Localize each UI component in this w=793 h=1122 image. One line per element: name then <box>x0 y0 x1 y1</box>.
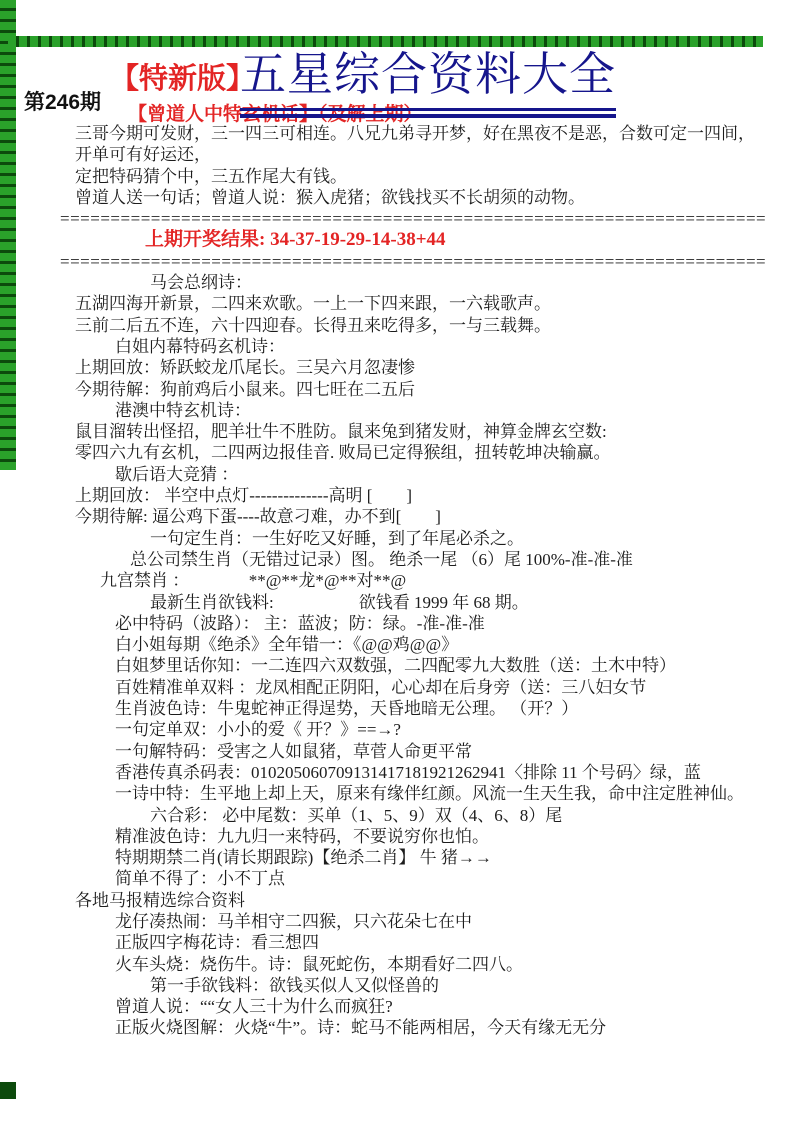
edition-tag: 【特新版】 <box>110 56 255 97</box>
text-line: 生肖波色诗：牛鬼蛇神正得逞势，天昏地暗无公理。 （开？） <box>0 698 793 719</box>
text-line: 总公司禁生肖（无错过记录）图。 绝杀一尾 （6）尾 100%-准-准-准 <box>0 549 793 570</box>
text-line: 五湖四海开新景，二四来欢歌。一上一下四来跟，一六载歌声。 <box>0 293 793 314</box>
separator-line: ========================================… <box>0 208 793 229</box>
text-line: 一句定单双：小小的爱《 开？》==→? <box>0 719 793 740</box>
text-line: 正版火烧图解：火烧“牛”。诗：蛇马不能两相居，今天有缘无无分 <box>0 1017 793 1038</box>
text-line: 正版四字梅花诗：看三想四 <box>0 932 793 953</box>
text-line: 香港传真杀码表：010205060709131417181921262941〈排… <box>0 762 793 783</box>
issue-number: 第246期 <box>24 86 101 116</box>
text-line: 歇后语大竞猜 ： <box>0 464 793 485</box>
text-line: 白姐内幕特码玄机诗： <box>0 336 793 357</box>
text-line: 鼠目溜转出怪招，肥羊壮牛不胜防。鼠来兔到猪发财，神算金牌玄空数: <box>0 421 793 442</box>
text-line: 三前二后五不连，六十四迎春。长得丑来吃得多，一与三载舞。 <box>0 315 793 336</box>
text-line: 六合彩： 必中尾数：买单（1、5、9）双（4、6、8）尾 <box>0 805 793 826</box>
text-line: 特期期禁二肖(请长期跟踪)【绝杀二肖】 牛 猪→→ <box>0 847 793 868</box>
text-line: 上期回放：矫跃蛟龙爪尾长。三吴六月忽凄惨 <box>0 357 793 378</box>
text-line: 第一手欲钱料：欲钱买似人又似怪兽的 <box>0 975 793 996</box>
text-line: 曾道人说：““女人三十为什么而疯狂? <box>0 996 793 1017</box>
text-line: 最新生肖欲钱料: 欲钱看 1999 年 68 期。 <box>0 592 793 613</box>
text-line: 精准波色诗：九九归一来特码，不要说穷你也怕。 <box>0 826 793 847</box>
text-line: 龙仔凑热闹：马羊相守二四猴，只六花朵七在中 <box>0 911 793 932</box>
text-line: 九宫禁肖 ： **@**龙*@**对**@ <box>0 570 793 591</box>
page-title: 五星综合资料大全 <box>240 38 616 118</box>
text-line: 今期待解：狗前鸡后小鼠来。四七旺在二五后 <box>0 379 793 400</box>
text-line: 港澳中特玄机诗： <box>0 400 793 421</box>
text-line: 曾道人送一句话；曾道人说：猴入虎猪；欲钱找买不长胡须的动物。 <box>0 187 793 208</box>
text-line: 必中特码（波路）： 主：蓝波；防：绿。-准-准-准 <box>0 613 793 634</box>
text-line: 马会总纲诗： <box>0 272 793 293</box>
text-line: 白姐梦里话你知：一二连四六双数强，二四配零九大数胜（送：土木中特） <box>0 655 793 676</box>
separator-line: ========================================… <box>0 251 793 272</box>
text-line: 简单不得了：小不丁点 <box>0 868 793 889</box>
page-title-text: 五星综合资料大全 <box>240 38 616 111</box>
text-line: 定把特码猜个中，三五作尾大有钱。 <box>0 166 793 187</box>
text-line: 各地马报精选综合资料 <box>0 890 793 911</box>
text-line: 三哥今期可发财，三一四三可相连。八兄九弟寻开梦，好在黑夜不是恶，合数可定一四间， <box>0 123 793 144</box>
text-line: 火车头烧：烧伤牛。诗：鼠死蛇伤，本期看好二四八。 <box>0 954 793 975</box>
bottom-left-border-decoration <box>0 1082 16 1099</box>
result-line: 上期开奖结果: 34-37-19-29-14-38+44 <box>0 229 793 250</box>
text-line: 今期待解: 逼公鸡下蛋----故意刁难，办不到[ ] <box>0 506 793 527</box>
text-line: 一诗中特：生平地上却上天，原来有缘伴红颜。风流一生天生我，命中注定胜神仙。 <box>0 783 793 804</box>
text-line: 零四六九有玄机，二四两边报佳音. 败局已定得猴组，扭转乾坤决输赢。 <box>0 442 793 463</box>
text-line: 上期回放： 半空中点灯--------------高明 [ ] <box>0 485 793 506</box>
text-line: 一句定生肖：一生好吃又好睡，到了年尾必杀之。 <box>0 528 793 549</box>
page-root: 【特新版】 五星综合资料大全 第246期 【曾道人中特玄机话】（及解上期） 三哥… <box>0 0 793 1122</box>
text-line: 百姓精准单双料 ：龙凤相配正阴阳，心心却在后身旁（送：三八妇女节 <box>0 677 793 698</box>
text-line: 一句解特码：受害之人如鼠猪，草菅人命更平常 <box>0 741 793 762</box>
body-lines: 三哥今期可发财，三一四三可相连。八兄九弟寻开梦，好在黑夜不是恶，合数可定一四间，… <box>0 123 793 1039</box>
text-line: 白小姐每期《绝杀》全年错一：《@@鸡@@》 <box>0 634 793 655</box>
text-line: 开单可有好运还， <box>0 144 793 165</box>
